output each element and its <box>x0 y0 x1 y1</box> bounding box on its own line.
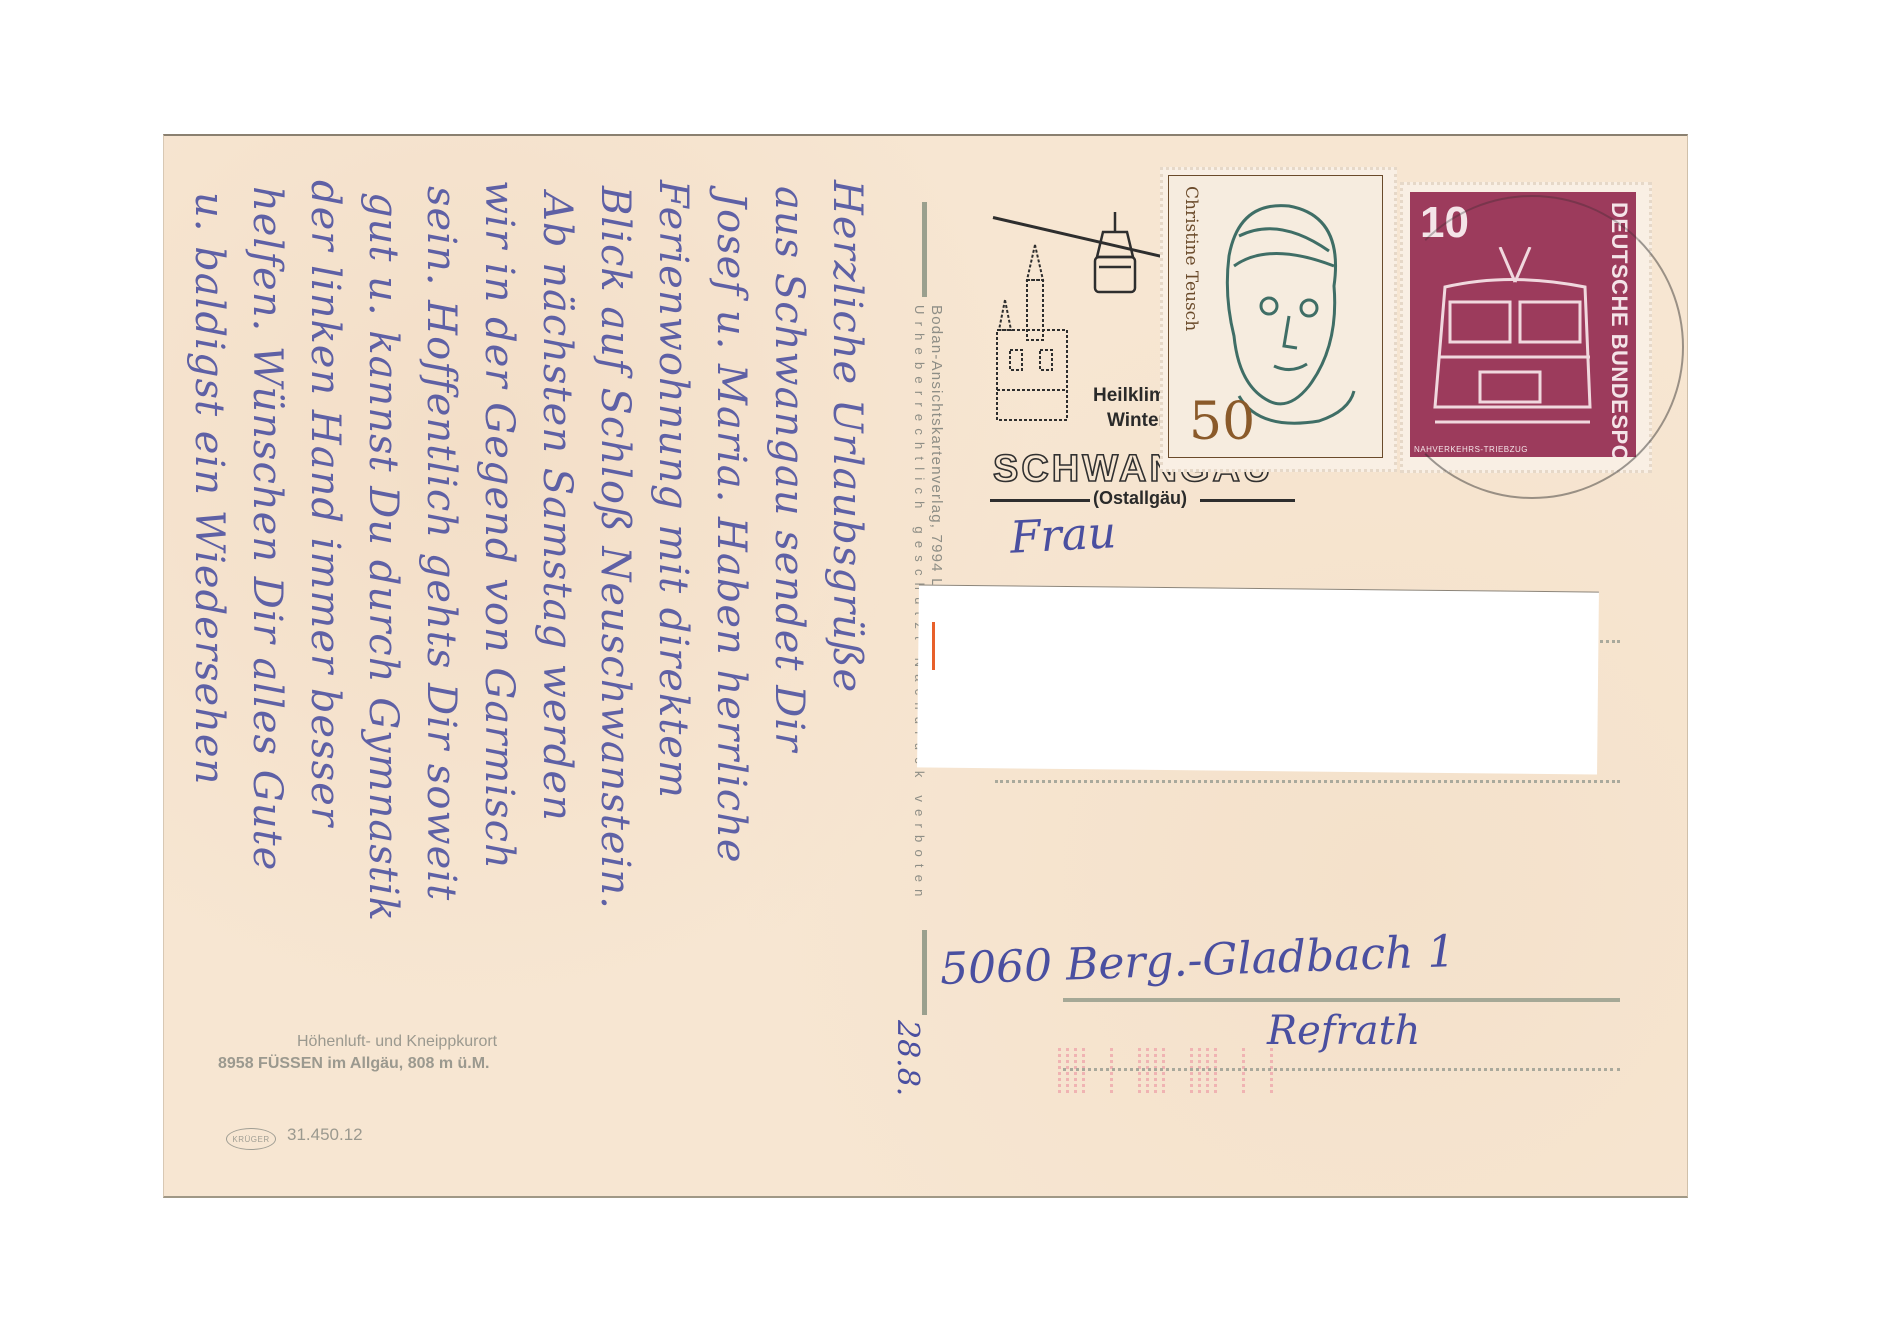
imprint-resort-type: Höhenluft- und Kneippkurort <box>297 1033 497 1051</box>
message-line: Herzliche Urlaubsgrüße <box>824 180 870 693</box>
krueger-logo-icon: KRÜGER <box>226 1128 276 1150</box>
stamp-portrait-name: Christine Teusch <box>1181 186 1201 331</box>
stamp-country: Deutsche Bundespost <box>1381 190 1383 197</box>
message-line: u. baldigst ein Wiedersehen <box>186 192 232 785</box>
message-line: sein. Hoffentlich gehts Dir soweit <box>418 186 464 901</box>
postmark-underline-left <box>990 499 1090 502</box>
address-salutation: Frau <box>1009 507 1118 563</box>
card-divider-top <box>922 202 927 297</box>
address-line-4 <box>1063 1068 1620 1071</box>
address-district: Refrath <box>1267 1008 1420 1054</box>
address-line-2 <box>995 780 1620 783</box>
redaction-marker <box>932 622 935 670</box>
message-line: gut u. kannst Du durch Gymnastik <box>360 192 406 922</box>
message-line: Ab nächsten Samstag werden <box>534 192 580 822</box>
card-divider-bottom <box>922 930 927 1015</box>
message-line: helfen. Wünschen Dir alles Gute <box>244 186 290 871</box>
postmark-underline-right <box>1200 499 1295 502</box>
castle-icon <box>985 240 1080 425</box>
address-line-3 <box>1063 998 1620 1002</box>
message-line: der linken Hand immer besser <box>302 180 348 827</box>
postmark-region: (Ostallgäu) <box>1093 488 1187 509</box>
redacted-recipient-name <box>917 584 1599 774</box>
handwritten-date: 28.8. <box>890 1020 925 1096</box>
message-line: Blick auf Schloß Neuschwanstein. <box>592 186 638 910</box>
message-line: aus Schwangau sendet Dir <box>766 186 812 752</box>
catalog-number: 31.450.12 <box>287 1125 363 1145</box>
imprint-location: 8958 FÜSSEN im Allgäu, 808 m ü.M. <box>218 1055 490 1073</box>
message-line: Josef u. Maria. Haben herrliche <box>708 192 754 864</box>
stamp-value: 50 <box>1189 392 1255 452</box>
stamp-christine-teusch: Christine Teusch Deutsche Bundespost 50 <box>1168 175 1383 458</box>
message-line: wir in der Gegend von Garmisch <box>476 180 522 870</box>
message-line: Ferienwohnung mit direktem <box>650 180 696 799</box>
cable-car-icon <box>1085 212 1145 302</box>
circular-postmark <box>1380 195 1684 499</box>
